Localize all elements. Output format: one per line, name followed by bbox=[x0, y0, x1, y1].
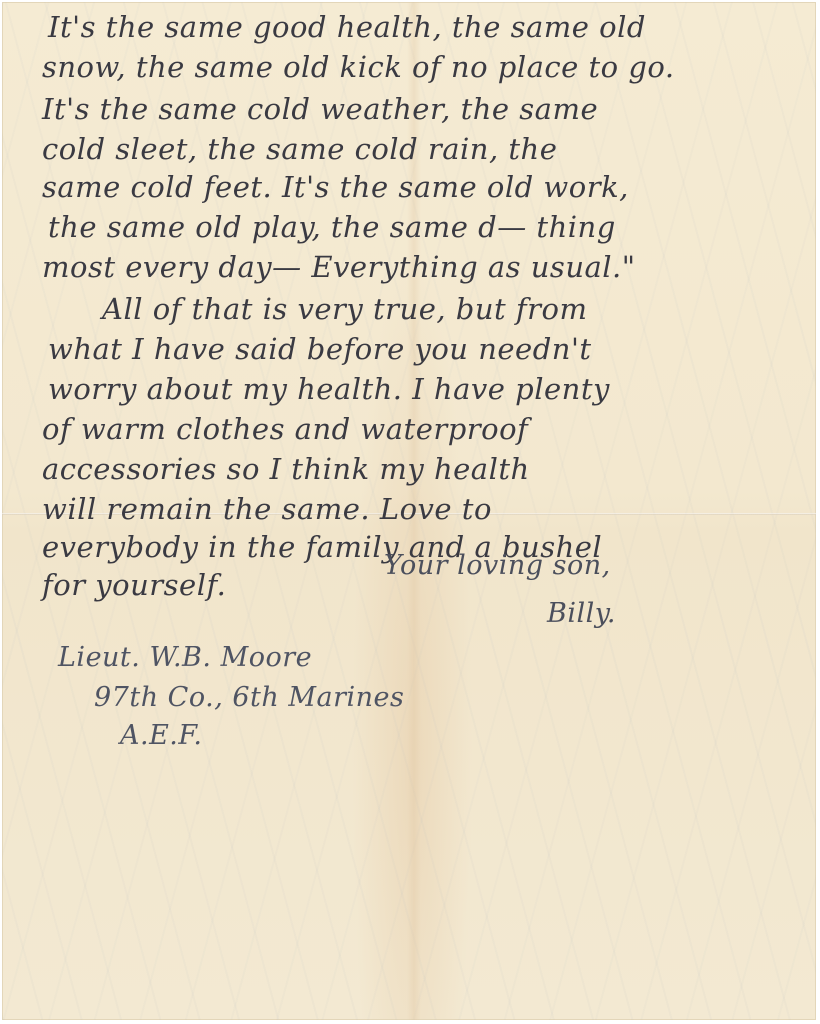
body-line: the same old play, the same d— thing bbox=[48, 210, 616, 244]
letter-page: It's the same good health, the same old … bbox=[2, 2, 816, 1020]
address-name: Lieut. W.B. Moore bbox=[58, 642, 312, 673]
body-line: for yourself. bbox=[42, 568, 226, 602]
address-unit: 97th Co., 6th Marines bbox=[94, 682, 404, 713]
body-line: accessories so I think my health bbox=[42, 452, 530, 486]
body-line: will remain the same. Love to bbox=[42, 492, 492, 526]
body-line: It's the same good health, the same old bbox=[48, 10, 646, 44]
body-line: worry about my health. I have plenty bbox=[48, 372, 610, 406]
body-line: cold sleet, the same cold rain, the bbox=[42, 132, 557, 166]
body-line: same cold feet. It's the same old work, bbox=[42, 170, 629, 204]
body-line: It's the same cold weather, the same bbox=[42, 92, 598, 126]
signature: Billy. bbox=[547, 598, 616, 629]
body-line: of warm clothes and waterproof bbox=[42, 412, 528, 446]
body-line: All of that is very true, but from bbox=[102, 292, 587, 326]
body-line: snow, the same old kick of no place to g… bbox=[42, 50, 675, 84]
body-line: what I have said before you needn't bbox=[48, 332, 592, 366]
closing-salutation: Your loving son, bbox=[384, 550, 611, 581]
address-force: A.E.F. bbox=[120, 720, 202, 751]
body-line: most every day— Everything as usual." bbox=[42, 250, 636, 284]
